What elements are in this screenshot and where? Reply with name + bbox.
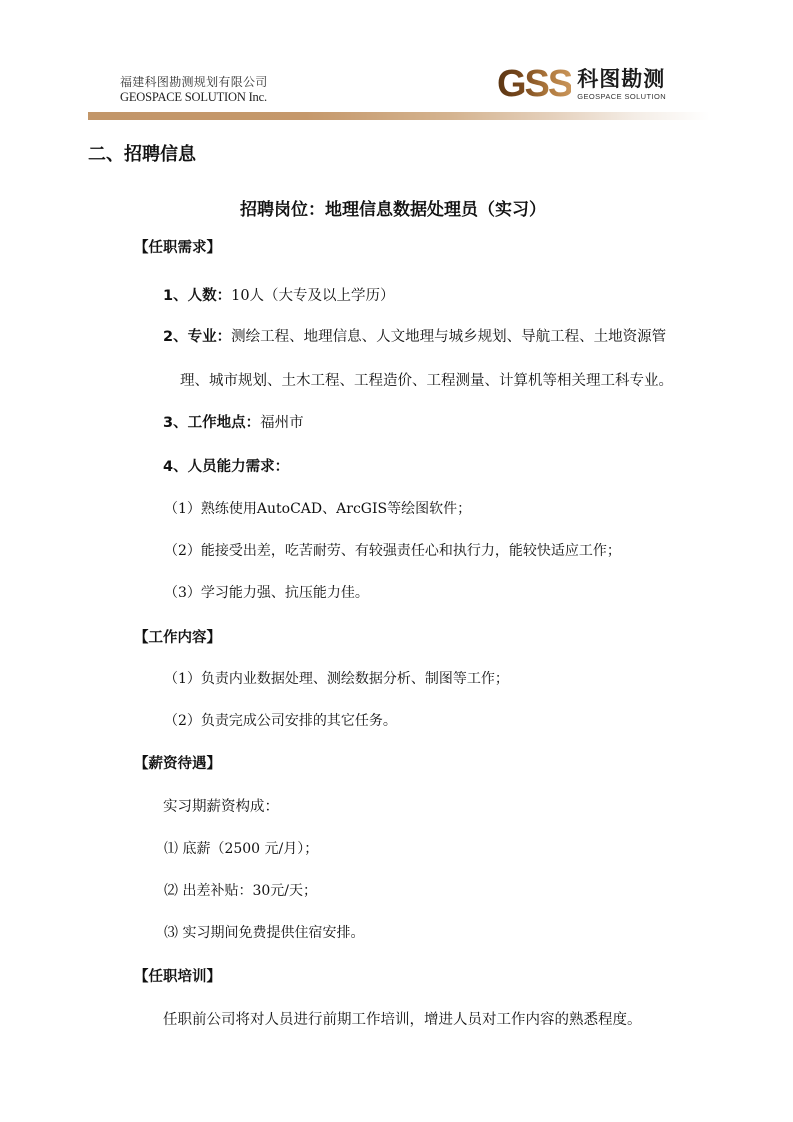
section-title: 二、招聘信息 <box>88 140 196 166</box>
ability-item: （2）能接受出差，吃苦耐劳、有较强责任心和执行力，能较快适应工作； <box>164 540 621 560</box>
duties-heading: 【工作内容】 <box>134 626 221 647</box>
salary-intro: 实习期薪资构成： <box>163 795 279 816</box>
job-title: 招聘岗位：地理信息数据处理员（实习） <box>240 195 546 220</box>
logo-mark: GSS <box>497 64 571 104</box>
requirement-label: 2、专业： <box>163 329 231 345</box>
requirement-value: 10人（大专及以上学历） <box>231 288 394 304</box>
requirement-location: 3、工作地点：福州市 <box>163 411 304 432</box>
salary-heading: 【薪资待遇】 <box>134 752 221 773</box>
requirement-value: 福州市 <box>260 415 304 431</box>
requirement-label: 3、工作地点： <box>163 415 260 431</box>
salary-item: ⑴ 底薪（2500 元/月）； <box>164 838 318 858</box>
training-text: 任职前公司将对人员进行前期工作培训，增进人员对工作内容的熟悉程度。 <box>163 1008 642 1029</box>
duty-item: （2）负责完成公司安排的其它任务。 <box>164 710 397 730</box>
company-name-cn: 福建科图勘测规划有限公司 <box>120 73 268 90</box>
company-logo: GSS 科图勘测 GEOSPACE SOLUTION <box>497 64 666 104</box>
company-name-en: GEOSPACE SOLUTION Inc. <box>120 90 267 105</box>
header-divider-bar <box>88 112 710 120</box>
requirements-heading: 【任职需求】 <box>134 236 221 257</box>
requirement-label: 4、人员能力需求： <box>163 459 289 475</box>
logo-name-cn: 科图勘测 <box>577 67 666 91</box>
logo-name-en: GEOSPACE SOLUTION <box>577 92 666 102</box>
requirement-major: 2、专业：测绘工程、地理信息、人文地理与城乡规划、导航工程、土地资源管 <box>163 325 666 346</box>
training-heading: 【任职培训】 <box>134 965 221 986</box>
requirement-label: 1、人数： <box>163 288 231 304</box>
requirement-abilities: 4、人员能力需求： <box>163 455 289 476</box>
salary-item: ⑶ 实习期间免费提供住宿安排。 <box>164 922 364 942</box>
ability-item: （3）学习能力强、抗压能力佳。 <box>164 582 369 602</box>
requirement-major-continuation: 理、城市规划、土木工程、工程造价、工程测量、计算机等相关理工科专业。 <box>180 369 673 390</box>
requirement-headcount: 1、人数：10人（大专及以上学历） <box>163 284 395 305</box>
duty-item: （1）负责内业数据处理、测绘数据分析、制图等工作； <box>164 668 509 688</box>
requirement-value: 测绘工程、地理信息、人文地理与城乡规划、导航工程、土地资源管 <box>231 329 666 345</box>
ability-item: （1）熟练使用AutoCAD、ArcGIS等绘图软件； <box>164 498 471 518</box>
salary-item: ⑵ 出差补贴：30元/天； <box>164 880 317 900</box>
